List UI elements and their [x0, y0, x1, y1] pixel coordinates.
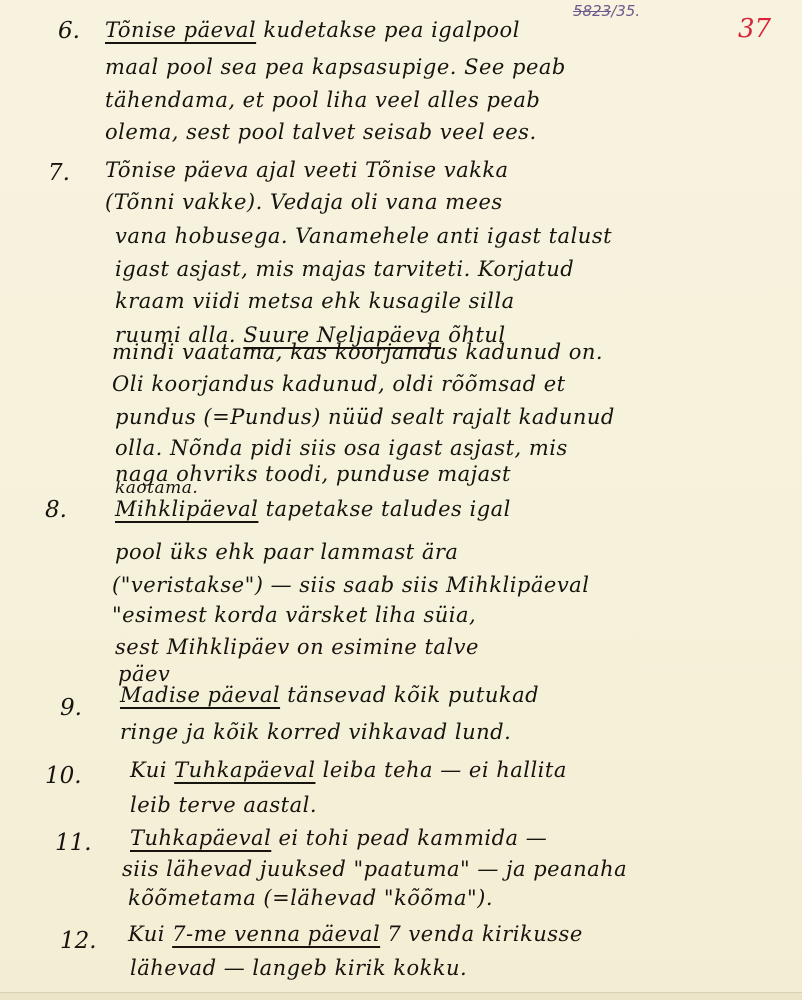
- item-number: 7.: [48, 160, 70, 186]
- item-12-line-1: Kui 7-me venna päeval 7 venda kirikusse: [128, 922, 583, 946]
- item-10-line-1: Kui Tuhkapäeval leiba teha — ei hallita: [130, 758, 567, 782]
- item-6-line-2: maal pool sea pea kapsasupige. See peab: [105, 55, 566, 79]
- manuscript-page: 5823/35. 37 6. Tõnise päeval kudetakse p…: [0, 0, 802, 1000]
- item-7-line-5: kraam viidi metsa ehk kusagile silla: [115, 289, 515, 313]
- item-8-line-5: sest Mihklipäev on esimine talve: [115, 635, 479, 659]
- item-12-line-2: lähevad — langeb kirik kokku.: [130, 956, 467, 980]
- item-number: 10.: [45, 763, 82, 789]
- item-11-line-1: Tuhkapäeval ei tohi pead kammida —: [130, 826, 547, 850]
- item-number: 12.: [60, 928, 97, 954]
- item-6-line-1: Tõnise päeval kudetakse pea igalpool: [105, 18, 520, 42]
- item-8-line-2: pool üks ehk paar lammast ära: [115, 540, 458, 564]
- item-7-line-1: Tõnise päeva ajal veeti Tõnise vakka: [105, 158, 509, 182]
- item-7-line-8: Oli koorjandus kadunud, oldi rõõmsad et: [112, 372, 566, 396]
- item-number: 11.: [55, 830, 92, 856]
- item-7-line-4: igast asjast, mis majas tarviteti. Korja…: [115, 257, 574, 281]
- item-11-line-3: kõõmetama (=lähevad "kõõma").: [128, 886, 493, 910]
- item-7-line-9: pundus (=Pundus) nüüd sealt rajalt kadun…: [115, 405, 615, 429]
- item-9-line-1: Madise päeval tänsevad kõik putukad: [120, 683, 539, 707]
- page-bottom-edge: [0, 992, 802, 1000]
- item-number: 8.: [45, 497, 67, 523]
- item-7-line-3: vana hobusega. Vanamehele anti igast tal…: [115, 224, 612, 248]
- item-number: 9.: [60, 695, 82, 721]
- item-number: 6.: [58, 18, 80, 44]
- item-10-line-2: leib terve aastal.: [130, 793, 317, 817]
- item-7-line-12: kaotama.: [115, 478, 198, 498]
- item-7-line-10: olla. Nõnda pidi siis osa igast asjast, …: [115, 436, 568, 460]
- page-number: 37: [738, 14, 771, 44]
- item-6-line-3: tähendama, et pool liha veel alles peab: [105, 88, 540, 112]
- item-7-line-7: mindi vaatama, kas koorjandus kadunud on…: [112, 340, 603, 364]
- item-8-line-1: Mihklipäeval tapetakse taludes igal: [115, 497, 511, 521]
- item-8-line-4: "esimest korda värsket liha süia,: [112, 603, 476, 627]
- archive-number: 5823/35.: [573, 2, 640, 20]
- item-7-line-2: (Tõnni vakke). Vedaja oli vana mees: [105, 190, 503, 214]
- item-8-line-3: ("veristakse") — siis saab siis Mihklipä…: [112, 573, 589, 597]
- item-9-line-2: ringe ja kõik korred vihkavad lund.: [120, 720, 511, 744]
- item-6-line-4: olema, sest pool talvet seisab veel ees.: [105, 120, 537, 144]
- item-11-line-2: siis lähevad juuksed "paatuma" — ja pean…: [122, 857, 627, 881]
